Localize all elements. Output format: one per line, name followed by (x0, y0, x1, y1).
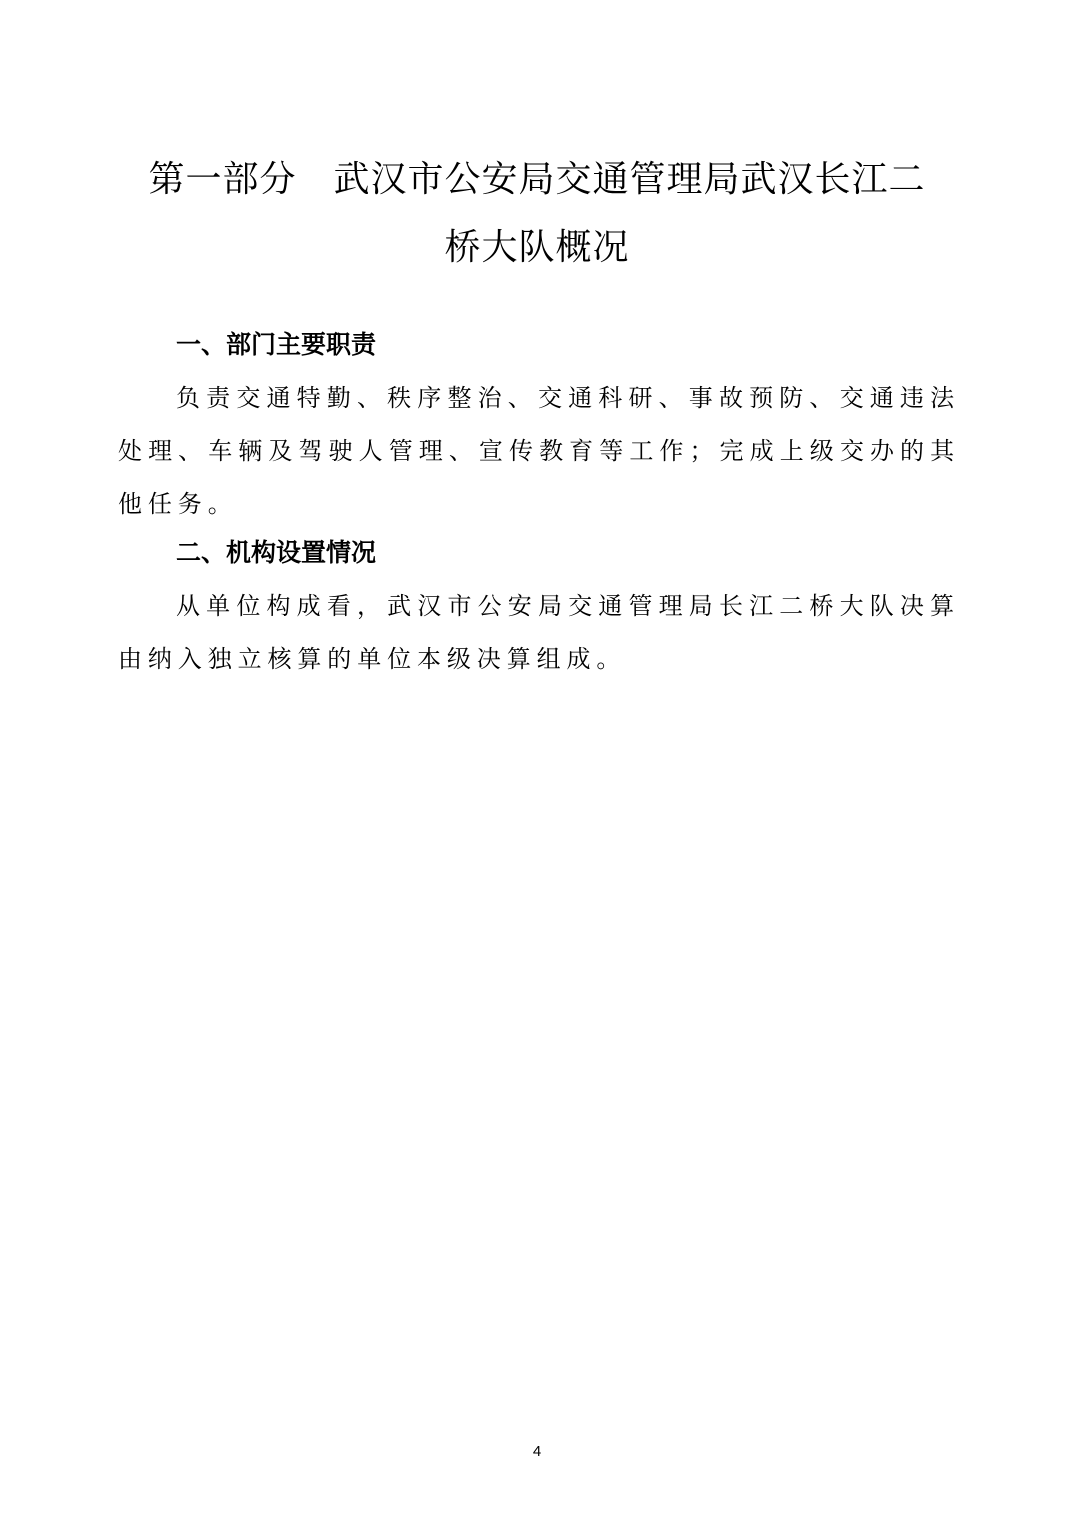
section-heading-responsibilities: 一、部门主要职责 (176, 330, 376, 360)
page-title-line-2: 桥大队概况 (100, 228, 974, 268)
page-title-line-1: 第一部分 武汉市公安局交通管理局武汉长江二 (100, 160, 974, 200)
section-body-organization: 从单位构成看，武汉市公安局交通管理局长江二桥大队决算由纳入独立核算的单位本级决算… (118, 580, 960, 686)
section-heading-organization: 二、机构设置情况 (176, 538, 376, 568)
page-number: 4 (0, 1443, 1074, 1460)
document-page: 第一部分 武汉市公安局交通管理局武汉长江二 桥大队概况 一、部门主要职责 负责交… (0, 0, 1074, 1520)
section-body-responsibilities: 负责交通特勤、秩序整治、交通科研、事故预防、交通违法处理、车辆及驾驶人管理、宣传… (118, 372, 960, 531)
